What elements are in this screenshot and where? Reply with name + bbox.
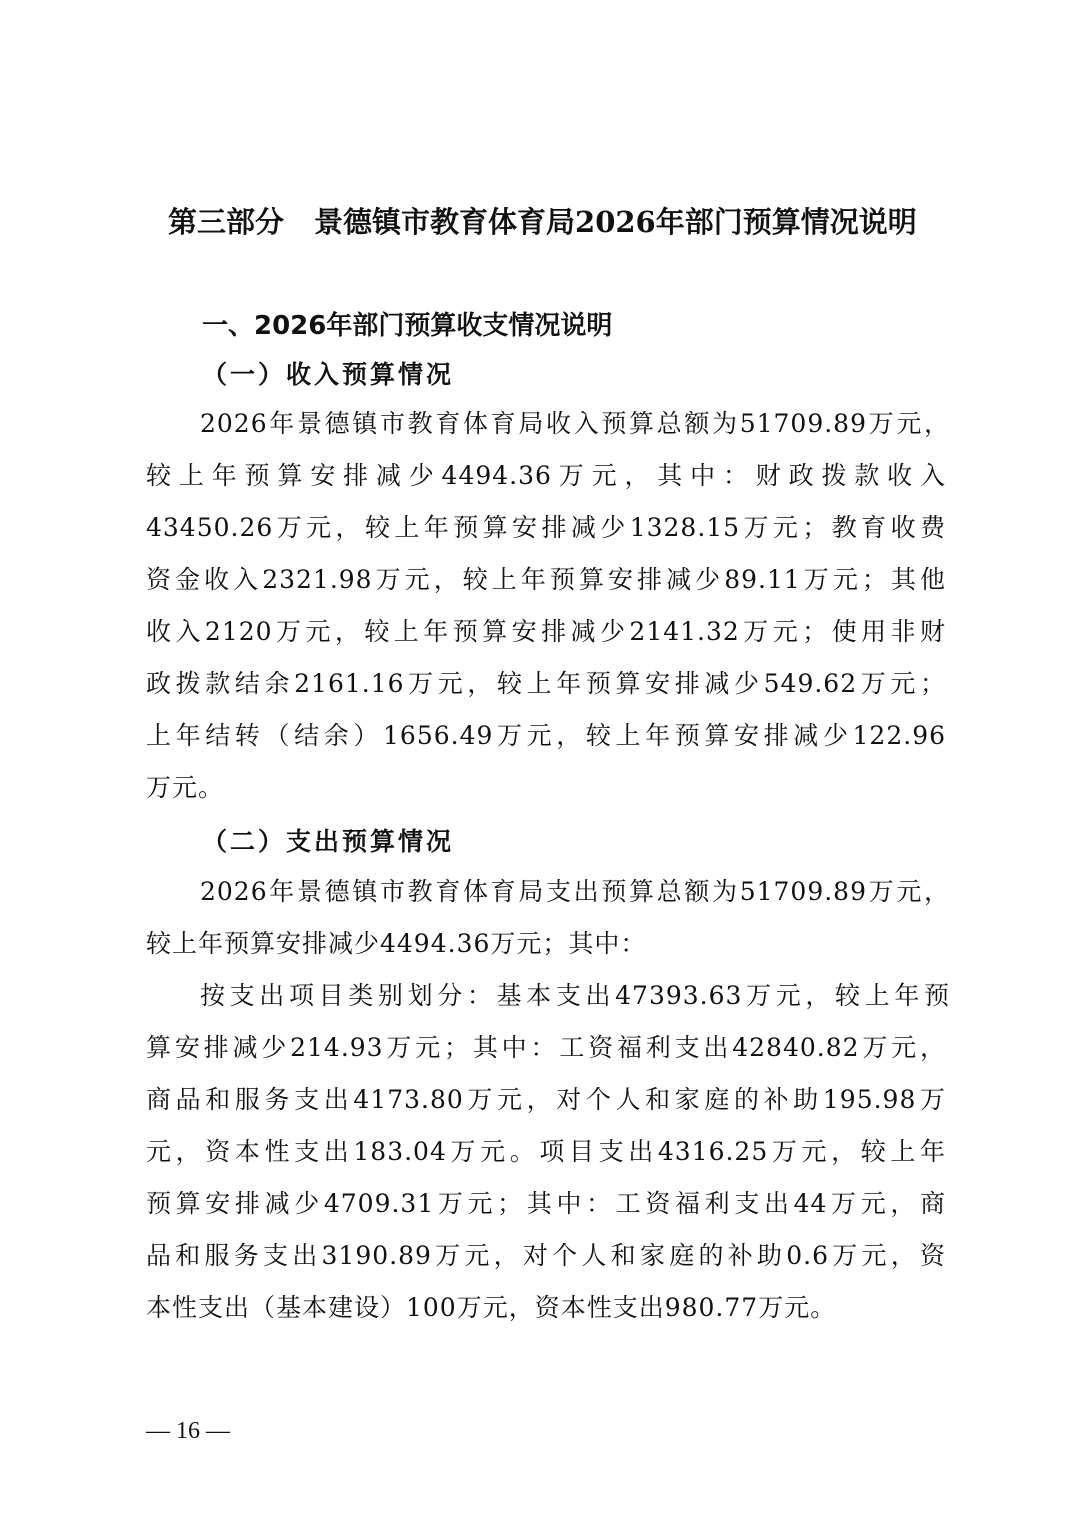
expenditure-detail-line-7: 本性支出（基本建设）100万元，资本性支出980.77万元。: [146, 1292, 946, 1324]
expenditure-detail-line-5: 预算安排减少4709.31万元；其中：工资福利支出44万元，商: [146, 1188, 946, 1220]
income-line-8: 万元。: [146, 772, 946, 804]
title-main-text: 景德镇市教育体育局2026年部门预算情况说明: [314, 205, 917, 239]
expenditure-line-1: 2026年景德镇市教育体育局支出预算总额为51709.89万元，: [200, 876, 950, 908]
income-line-2: 较上年预算安排减少4494.36万元，其中：财政拨款收入: [146, 460, 946, 492]
income-line-6: 政拨款结余2161.16万元，较上年预算安排减少549.62万元；: [146, 668, 946, 700]
expenditure-detail-line-2: 算安排减少214.93万元；其中：工资福利支出42840.82万元，: [146, 1032, 946, 1064]
expenditure-detail-line-1: 按支出项目类别划分：基本支出47393.63万元，较上年预: [200, 980, 950, 1012]
income-line-5: 收入2120万元，较上年预算安排减少2141.32万元；使用非财: [146, 616, 946, 648]
page-number: — 16 —: [146, 1418, 230, 1445]
income-line-4: 资金收入2321.98万元，较上年预算安排减少89.11万元；其他: [146, 564, 946, 596]
expenditure-detail-line-4: 元，资本性支出183.04万元。项目支出4316.25万元，较上年: [146, 1136, 946, 1168]
subheading-expenditure-budget: （二）支出预算情况: [202, 822, 454, 858]
title-part-label: 第三部分: [168, 205, 284, 239]
document-title: 第三部分景德镇市教育体育局2026年部门预算情况说明: [168, 200, 928, 241]
income-line-1: 2026年景德镇市教育体育局收入预算总额为51709.89万元，: [200, 408, 950, 440]
section-heading-budget-overview: 一、2026年部门预算收支情况说明: [202, 305, 612, 342]
income-line-3: 43450.26万元，较上年预算安排减少1328.15万元；教育收费: [146, 512, 946, 544]
income-line-7: 上年结转（结余）1656.49万元，较上年预算安排减少122.96: [146, 720, 946, 752]
subheading-income-budget: （一）收入预算情况: [202, 355, 454, 391]
expenditure-detail-line-6: 品和服务支出3190.89万元，对个人和家庭的补助0.6万元，资: [146, 1240, 946, 1272]
document-page: 第三部分景德镇市教育体育局2026年部门预算情况说明 一、2026年部门预算收支…: [0, 0, 1074, 1520]
expenditure-line-2: 较上年预算安排减少4494.36万元；其中：: [146, 928, 946, 960]
expenditure-detail-line-3: 商品和服务支出4173.80万元，对个人和家庭的补助195.98万: [146, 1084, 946, 1116]
